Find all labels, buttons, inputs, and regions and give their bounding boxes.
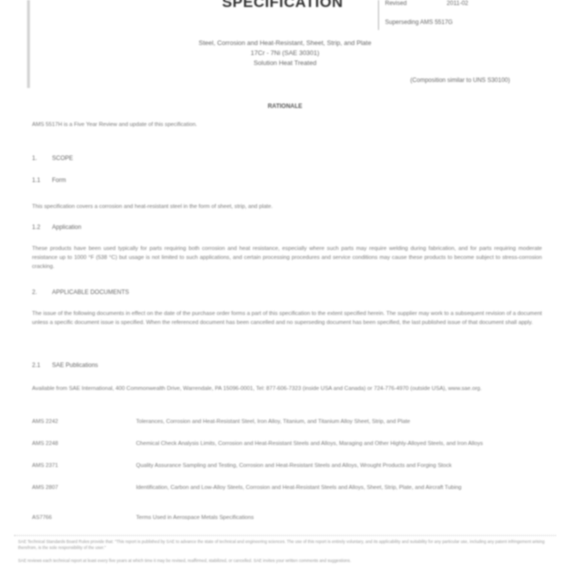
sae-pubs-text: Available from SAE International, 400 Co… <box>32 385 542 394</box>
section-application: 1.2Application <box>32 225 81 231</box>
document-title: Steel, Corrosion and Heat-Resistant, She… <box>0 39 570 69</box>
footer-divider <box>14 535 556 536</box>
applicable-docs-text: The issue of the following documents in … <box>32 310 542 328</box>
footer-review-note: SAE reviews each technical report at lea… <box>18 558 552 564</box>
rationale-heading: RATIONALE <box>0 104 570 110</box>
header-meta-box: Revised 2011-02 Superseding AMS 5517G <box>378 0 499 30</box>
rationale-text: AMS 5517H is a Five Year Review and upda… <box>32 121 542 130</box>
document-page: SPECIFICATION Revised 2011-02 Supersedin… <box>0 0 570 570</box>
composition-note: (Composition similar to UNS S30100) <box>410 78 510 84</box>
application-text: These products have been used typically … <box>32 245 542 272</box>
section-scope: 1.SCOPE <box>32 156 73 162</box>
section-form: 1.1Form <box>32 178 66 184</box>
footer-disclaimer: SAE Technical Standards Board Rules prov… <box>18 539 552 551</box>
section-sae-publications: 2.1SAE Publications <box>32 363 98 369</box>
form-text: This specification covers a corrosion an… <box>32 203 542 212</box>
section-applicable-documents: 2.APPLICABLE DOCUMENTS <box>32 290 129 296</box>
spec-label: SPECIFICATION <box>222 0 343 11</box>
meta-revised: Revised 2011-02 <box>385 1 468 7</box>
meta-superseding: Superseding AMS 5517G <box>385 20 453 26</box>
